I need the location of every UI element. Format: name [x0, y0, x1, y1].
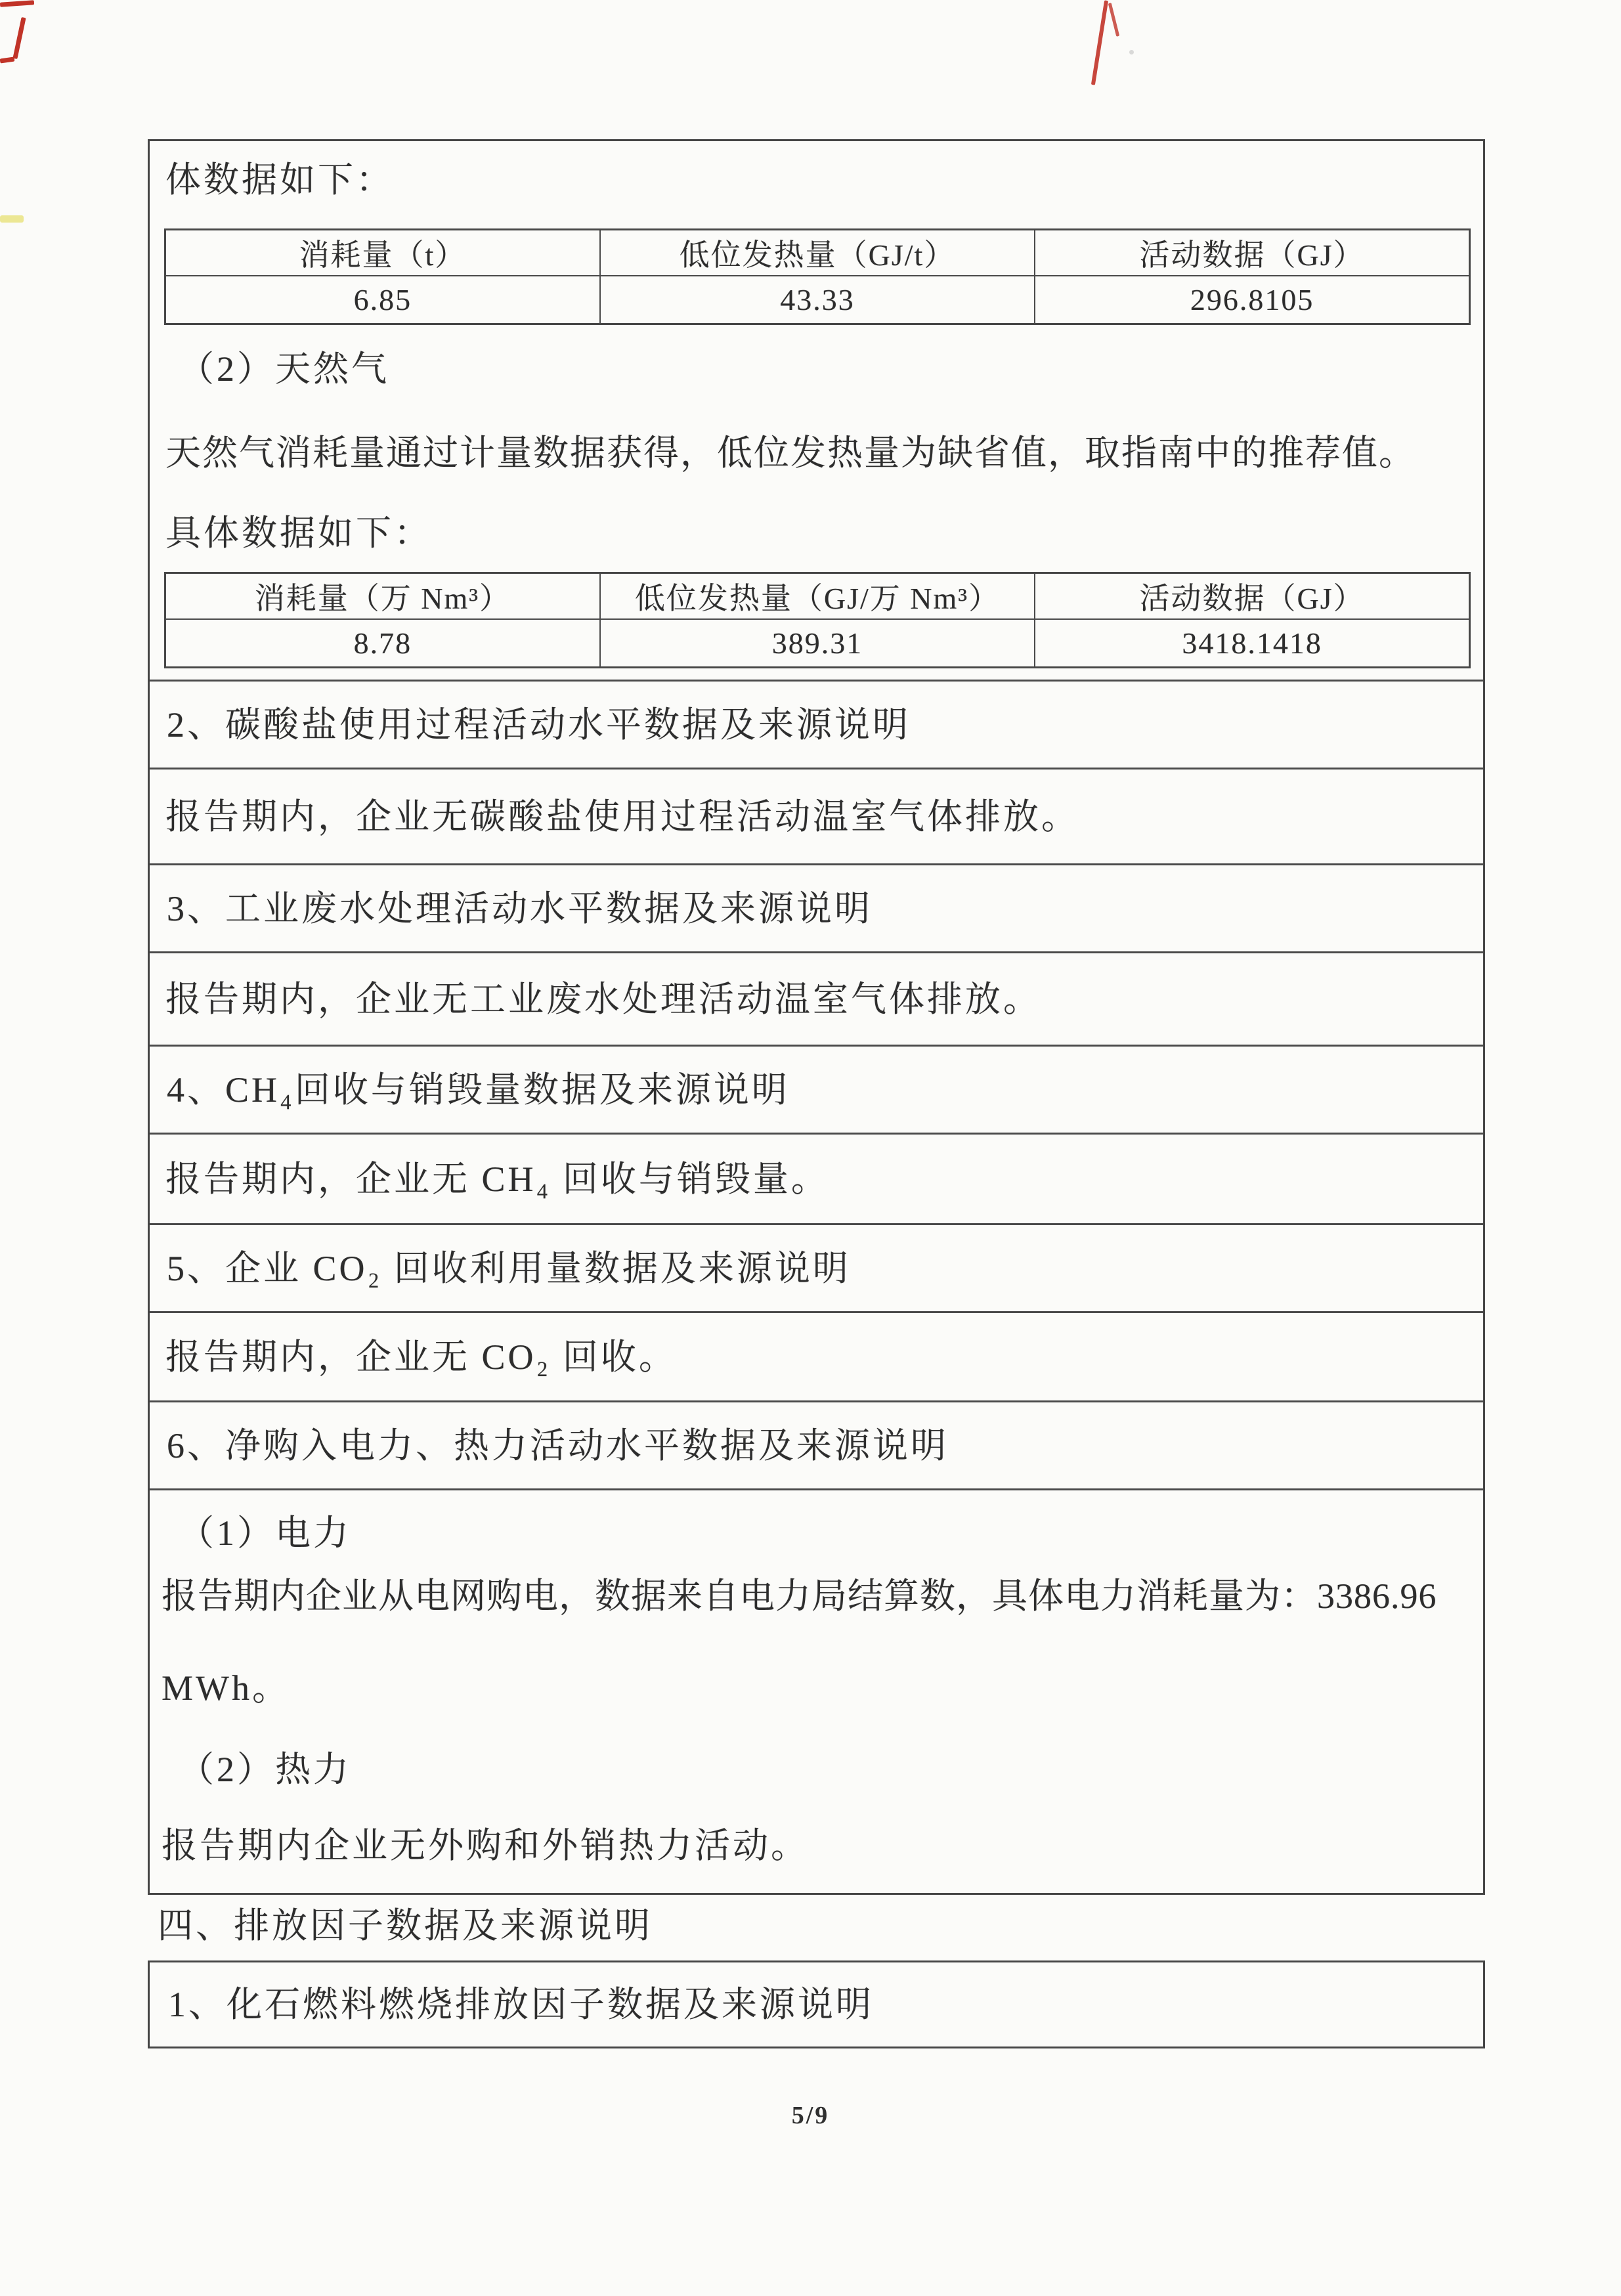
- row-body-carbonate: 报告期内，企业无碳酸盐使用过程活动温室气体排放。: [150, 768, 1483, 863]
- heat-subheading: （2）热力: [179, 1746, 351, 1792]
- fossil-fuel-factor-heading: 1、化石燃料燃烧排放因子数据及来源说明: [168, 1982, 874, 2027]
- yellow-highlight-mark: [0, 215, 24, 223]
- section-heading-power: 6、净购入电力、热力活动水平数据及来源说明: [167, 1423, 949, 1469]
- coal-value-activity: 296.8105: [1035, 276, 1469, 324]
- gas-header-activity: 活动数据（GJ）: [1035, 573, 1469, 619]
- row-heading-carbonate: 2、碳酸盐使用过程活动水平数据及来源说明: [150, 680, 1483, 768]
- gas-table-value-row: 8.78 389.31 3418.1418: [165, 619, 1470, 668]
- coal-value-ncv: 43.33: [600, 276, 1035, 324]
- section-body-co2: 报告期内，企业无 CO₂ 回收。: [165, 1334, 677, 1380]
- red-pen-mark: [12, 17, 26, 59]
- row-heading-ch4: 4、CH₄回收与销毁量数据及来源说明: [150, 1045, 1483, 1133]
- coal-value-consumption: 6.85: [165, 276, 600, 324]
- fuel-data-row: 体数据如下： 消耗量（t） 低位发热量（GJ/t） 活动数据（GJ） 6.85 …: [150, 141, 1483, 680]
- row-body-co2: 报告期内，企业无 CO₂ 回收。: [150, 1311, 1483, 1400]
- row-heading-power: 6、净购入电力、热力活动水平数据及来源说明: [150, 1400, 1483, 1488]
- coal-table-value-row: 6.85 43.33 296.8105: [165, 276, 1470, 324]
- red-pen-mark: [0, 57, 14, 64]
- red-pen-mark: [1091, 0, 1108, 85]
- gas-value-ncv: 389.31: [600, 619, 1035, 668]
- coal-header-activity: 活动数据（GJ）: [1035, 230, 1469, 276]
- heat-paragraph: 报告期内企业无外购和外销热力活动。: [162, 1823, 809, 1869]
- gas-source-paragraph: 天然气消耗量通过计量数据获得，低位发热量为缺省值，取指南中的推荐值。: [165, 430, 1416, 476]
- coal-data-table: 消耗量（t） 低位发热量（GJ/t） 活动数据（GJ） 6.85 43.33 2…: [164, 228, 1471, 325]
- scan-speck: [1129, 50, 1134, 54]
- row-heading-co2: 5、企业 CO₂ 回收利用量数据及来源说明: [150, 1223, 1483, 1311]
- fuel-intro-text: 体数据如下：: [165, 157, 394, 203]
- section-body-wastewater: 报告期内，企业无工业废水处理活动温室气体排放。: [165, 976, 1041, 1022]
- row-body-wastewater: 报告期内，企业无工业废水处理活动温室气体排放。: [150, 951, 1483, 1045]
- gas-header-ncv: 低位发热量（GJ/万 Nm³）: [600, 573, 1035, 619]
- section-body-ch4: 报告期内，企业无 CH₄ 回收与销毁量。: [165, 1156, 829, 1202]
- electricity-subheading: （1）电力: [179, 1510, 351, 1556]
- row-power-details: （1）电力 报告期内企业从电网购电，数据来自电力局结算数，具体电力消耗量为：33…: [150, 1488, 1483, 1893]
- electricity-paragraph-line2: MWh。: [162, 1665, 290, 1711]
- coal-header-ncv: 低位发热量（GJ/t）: [600, 230, 1035, 276]
- activity-data-table: 体数据如下： 消耗量（t） 低位发热量（GJ/t） 活动数据（GJ） 6.85 …: [148, 139, 1485, 1895]
- gas-value-activity: 3418.1418: [1035, 619, 1469, 668]
- row-heading-wastewater: 3、工业废水处理活动水平数据及来源说明: [150, 863, 1483, 951]
- section-heading-co2: 5、企业 CO₂ 回收利用量数据及来源说明: [167, 1245, 851, 1291]
- gas-table-header-row: 消耗量（万 Nm³） 低位发热量（GJ/万 Nm³） 活动数据（GJ）: [165, 573, 1470, 619]
- section-body-carbonate: 报告期内，企业无碳酸盐使用过程活动温室气体排放。: [165, 794, 1079, 840]
- document-page: 体数据如下： 消耗量（t） 低位发热量（GJ/t） 活动数据（GJ） 6.85 …: [0, 0, 1621, 2296]
- row-body-ch4: 报告期内，企业无 CH₄ 回收与销毁量。: [150, 1133, 1483, 1223]
- gas-subsection-heading: （2）天然气: [179, 346, 389, 392]
- fossil-fuel-factor-table: 1、化石燃料燃烧排放因子数据及来源说明: [148, 1960, 1485, 2048]
- coal-table-header-row: 消耗量（t） 低位发热量（GJ/t） 活动数据（GJ）: [165, 230, 1470, 276]
- gas-header-consumption: 消耗量（万 Nm³）: [165, 573, 600, 619]
- gas-data-intro: 具体数据如下：: [165, 510, 432, 556]
- electricity-paragraph-line1: 报告期内企业从电网购电，数据来自电力局结算数，具体电力消耗量为：3386.96: [162, 1573, 1437, 1619]
- section-heading-wastewater: 3、工业废水处理活动水平数据及来源说明: [167, 886, 873, 932]
- gas-data-table: 消耗量（万 Nm³） 低位发热量（GJ/万 Nm³） 活动数据（GJ） 8.78…: [164, 572, 1471, 668]
- red-pen-mark: [1108, 3, 1119, 37]
- red-pen-mark: [0, 0, 34, 7]
- page-number: 5/9: [0, 2101, 1621, 2130]
- gas-value-consumption: 8.78: [165, 619, 600, 668]
- section-heading-carbonate: 2、碳酸盐使用过程活动水平数据及来源说明: [167, 702, 911, 748]
- emission-factor-section-heading: 四、排放因子数据及来源说明: [158, 1903, 653, 1949]
- section-heading-ch4: 4、CH₄回收与销毁量数据及来源说明: [167, 1067, 790, 1113]
- coal-header-consumption: 消耗量（t）: [165, 230, 600, 276]
